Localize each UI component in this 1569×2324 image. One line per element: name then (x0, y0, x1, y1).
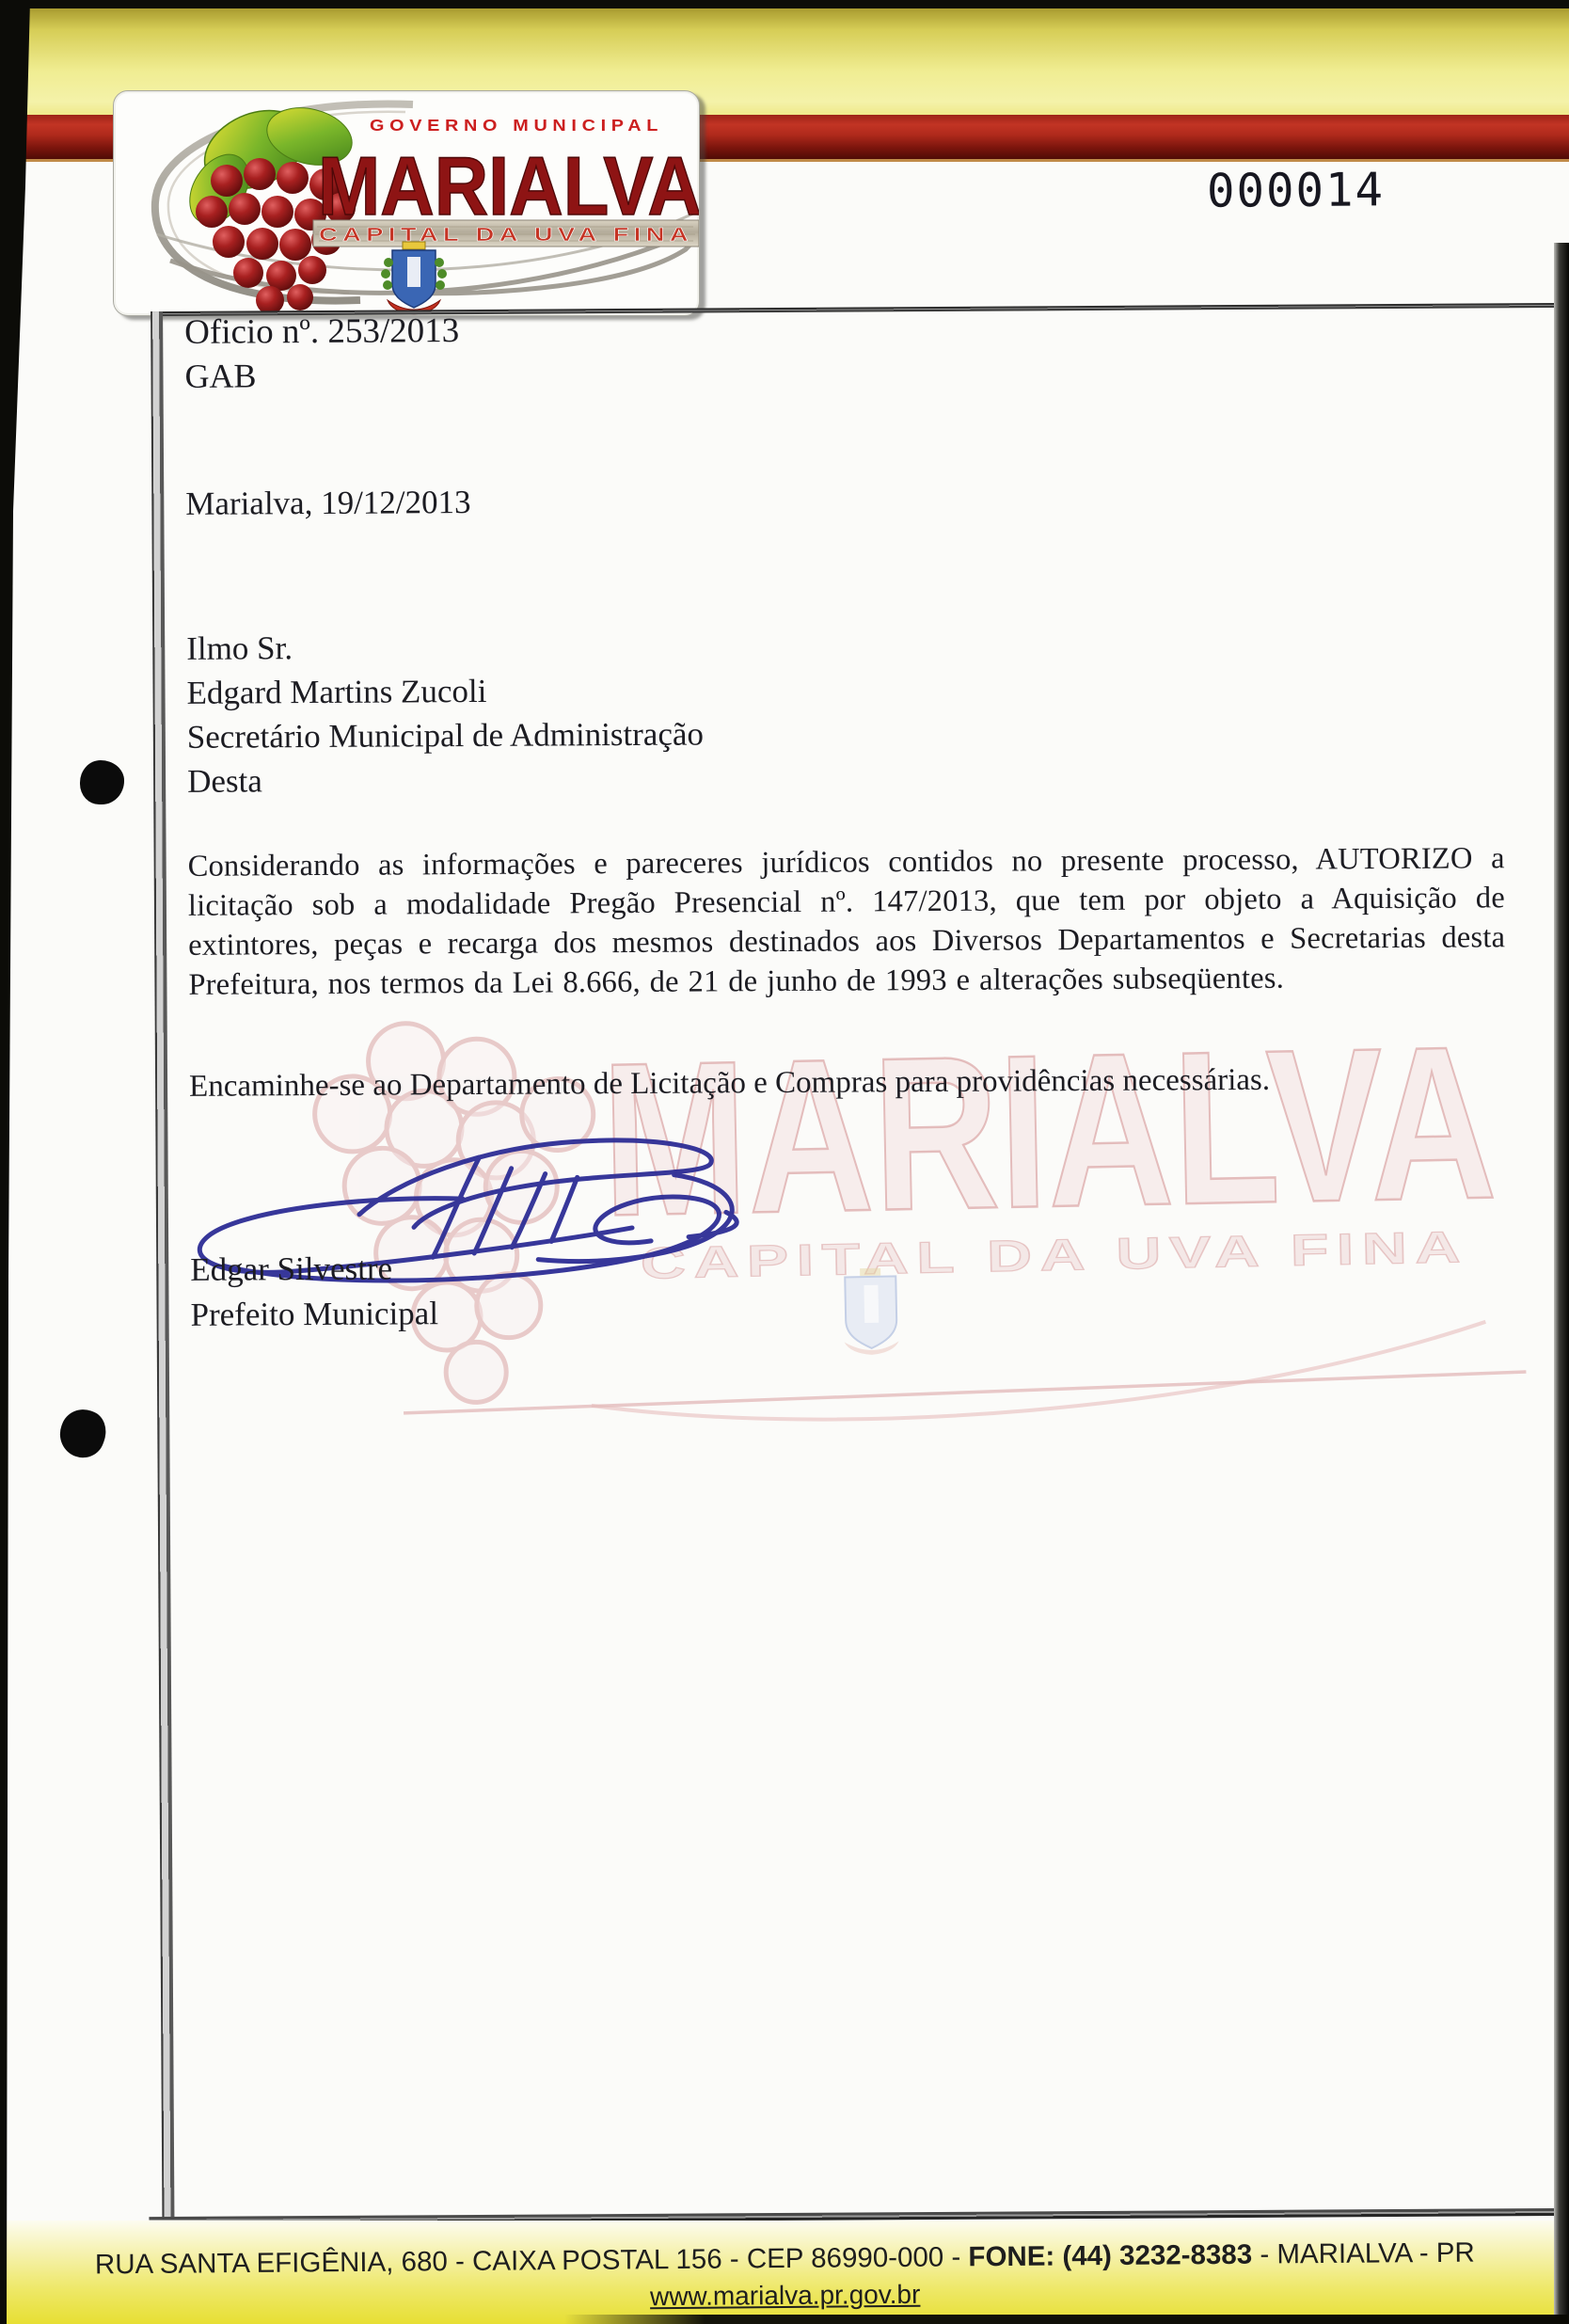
document-reference: Oficio nº. 253/2013 (184, 310, 459, 353)
letterhead-footer: RUA SANTA EFIGÊNIA, 680 - CAIXA POSTAL 1… (0, 2221, 1569, 2324)
scan-edge-bottom (564, 2315, 1569, 2324)
recipient-title: Secretário Municipal de Administração (187, 711, 704, 758)
footer-phone: FONE: (44) 3232-8383 (968, 2239, 1252, 2273)
scan-edge-right (1554, 243, 1569, 2324)
department-code: GAB (184, 356, 256, 395)
signer-name: Edgar Silvestre (190, 1250, 392, 1289)
forwarding-instruction: Encaminhe-se ao Departamento de Licitaçã… (189, 1063, 1270, 1105)
footer-website: www.marialva.pr.gov.br (1, 2274, 1569, 2318)
dateline: Marialva, 19/12/2013 (185, 484, 471, 523)
scanned-letter-page: 000014 (0, 0, 1569, 2324)
scan-edge-top (0, 0, 1569, 8)
footer-address-post: - MARIALVA - PR (1252, 2237, 1475, 2270)
recipient-place: Desta (187, 756, 704, 803)
footer-address-pre: RUA SANTA EFIGÊNIA, 680 - CAIXA POSTAL 1… (95, 2241, 969, 2280)
watermark-wave-icon (591, 1322, 1488, 1425)
letter-content: MARIALVA CAPITAL DA UVA FINA Oficio nº. … (0, 0, 1569, 2324)
watermark-baseline-icon (404, 1372, 1527, 1413)
recipient-name: Edgard Martins Zucoli (186, 667, 703, 714)
letter-body-paragraph: Considerando as informações e pareceres … (188, 838, 1506, 1005)
watermark-shield-icon (843, 1267, 899, 1355)
recipient-block: Ilmo Sr. Edgard Martins Zucoli Secretári… (186, 623, 704, 803)
recipient-salutation: Ilmo Sr. (186, 623, 703, 670)
signer-title: Prefeito Municipal (190, 1295, 438, 1334)
